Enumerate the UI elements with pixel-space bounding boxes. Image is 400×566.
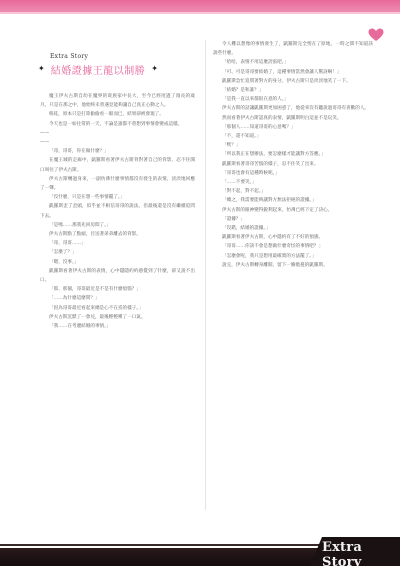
scene-break: —— (40, 138, 195, 147)
paragraph: 魔王伊夫古斯自幼在魔界的貴族家中長大，至今已經度過了漫長的歲月。只是在那之中，他… (40, 92, 195, 110)
paragraph: 「不，還不知道。」 (213, 132, 373, 141)
paragraph: 「那個人……知道哥哥的心意嗎？」 (213, 123, 373, 132)
footer-label: Extra Story (322, 540, 400, 566)
paragraph: 「……為什麼這麼問？」 (40, 294, 195, 303)
paragraph: 令人難以想像的事情發生了，凱羅斯完全愣在了原地，一時之間不知道該說些什麼。 (213, 40, 373, 58)
story-title: 結婚證據王龍以制勝 (51, 62, 146, 77)
paragraph: 「……不要笑。」 (213, 178, 373, 187)
sparkle-icon: ✦ (151, 65, 158, 73)
paragraph: 「嗯，沒事。」 (40, 258, 195, 267)
paragraph: 凱羅斯看著伊夫古斯，心中隱約有了不好的預感。 (213, 233, 373, 242)
paragraph: 「是嗎……那我先回房間了。」 (40, 221, 195, 230)
paragraph: 「證據？」 (213, 215, 373, 224)
paragraph: 「哥哥……你該不會是想做什麼奇怪的事情吧？」 (213, 242, 373, 251)
paragraph: 然而看著伊夫古斯認真的表情，凱羅斯明白這並不是玩笑。 (213, 114, 373, 123)
paragraph: 「哥，哥哥，你在做什麼？」 (40, 147, 195, 156)
paragraph: 伊夫古斯點了點頭，目送著弟弟離去的背影。 (40, 230, 195, 239)
right-text-column: 令人難以想像的事情發生了，凱羅斯完全愣在了原地，一時之間不知道該說些什麼。 「哈… (213, 40, 373, 270)
paragraph: 「所以我正在想辦法，要怎麼樣才能讓對方答應。」 (213, 150, 373, 159)
paragraph: 伊夫古斯沉默了一會兒，最後輕輕嘆了一口氣。 (40, 313, 195, 322)
paragraph: 在魔王城的走廊中，凱羅斯看著伊夫古斯背對著自己的背影，忍不住開口叫住了伊夫古斯。 (40, 156, 195, 174)
section-label: Extra Story (50, 53, 88, 60)
column-divider (205, 40, 206, 510)
paragraph: 伊夫古斯的話讓凱羅斯更加困惑了，他從來沒有聽說過哥哥有喜歡的人。 (213, 104, 373, 113)
paragraph: 「沒什麼，只是在想一些事情罷了。」 (40, 193, 195, 202)
paragraph: 嗚哇，原本只是打算偷偷看一眼而已，結果卻被發現了。 (40, 110, 195, 119)
paragraph: 「我……在考慮結婚的事情。」 (40, 322, 195, 331)
paragraph: 伊夫古斯轉過身來，一副彷彿什麼事情都沒有發生的表情，淡淡地回應了一聲。 (40, 175, 195, 193)
paragraph: 「對不起，對不起。」 (213, 187, 373, 196)
paragraph: 「因為哥哥最近看起來總是心不在焉的樣子。」 (40, 304, 195, 313)
scene-break: —— (40, 129, 195, 138)
paragraph: 「可、可是哥哥要結婚了，這種事情當然會讓人驚訝啊！」 (213, 68, 373, 77)
paragraph: 「結婚？是和誰？」 (213, 86, 373, 95)
paragraph: 「欸？」 (213, 141, 373, 150)
sparkle-icon: ✦ (38, 65, 45, 73)
paragraph: 說完，伊夫古斯轉身離開，留下一臉擔憂的凱羅斯。 (213, 261, 373, 270)
paragraph: 凱羅斯看著哥哥苦惱的樣子，忍不住笑了出來。 (213, 160, 373, 169)
paragraph: 「是我一直以來都很在意的人。」 (213, 95, 373, 104)
paragraph: 「怎麼了？」 (40, 248, 195, 257)
top-band-highlight (0, 12, 400, 14)
paragraph: 「總之，我需要能夠讓對方無法拒絕的證據。」 (213, 196, 373, 205)
paragraph: 伊夫古斯的眼神變得銳利起來，彷彿已經下定了決心。 (213, 206, 373, 215)
left-text-column: 魔王伊夫古斯自幼在魔界的貴族家中長大，至今已經度過了漫長的歲月。只是在那之中，他… (40, 92, 195, 331)
paragraph: 「怎麼會呢，我只是想用最確實的方法罷了。」 (213, 252, 373, 261)
paragraph: 凱羅斯急忙追問著對方的身分，伊夫古斯只是淡淡地笑了一下。 (213, 77, 373, 86)
paragraph: 「哥哥也會有這種時候呢。」 (213, 169, 373, 178)
paragraph: 凱羅斯歪了歪頭，似乎並不相信哥哥的說法，但最後還是沒有繼續追問下去。 (40, 202, 195, 220)
paragraph: 「哥，哥哥……」 (40, 239, 195, 248)
paragraph: 今天也是一如往常的一天，不論是誰都不曾想到事情會變成這樣。 (40, 120, 195, 129)
paragraph: 凱羅斯看著伊夫古斯的表情，心中隱隱約約感覺到了什麼，卻又說不出口。 (40, 267, 195, 285)
paragraph: 「那、那個，哥哥最近是不是有什麼煩惱？」 (40, 285, 195, 294)
paragraph: 「沒錯，結婚的證據。」 (213, 224, 373, 233)
top-decorative-band (0, 0, 400, 12)
paragraph: 「哈哈，表情不用這麼誇張吧。」 (213, 58, 373, 67)
story-title-row: ✦ 結婚證據王龍以制勝 ✦ (38, 62, 158, 76)
